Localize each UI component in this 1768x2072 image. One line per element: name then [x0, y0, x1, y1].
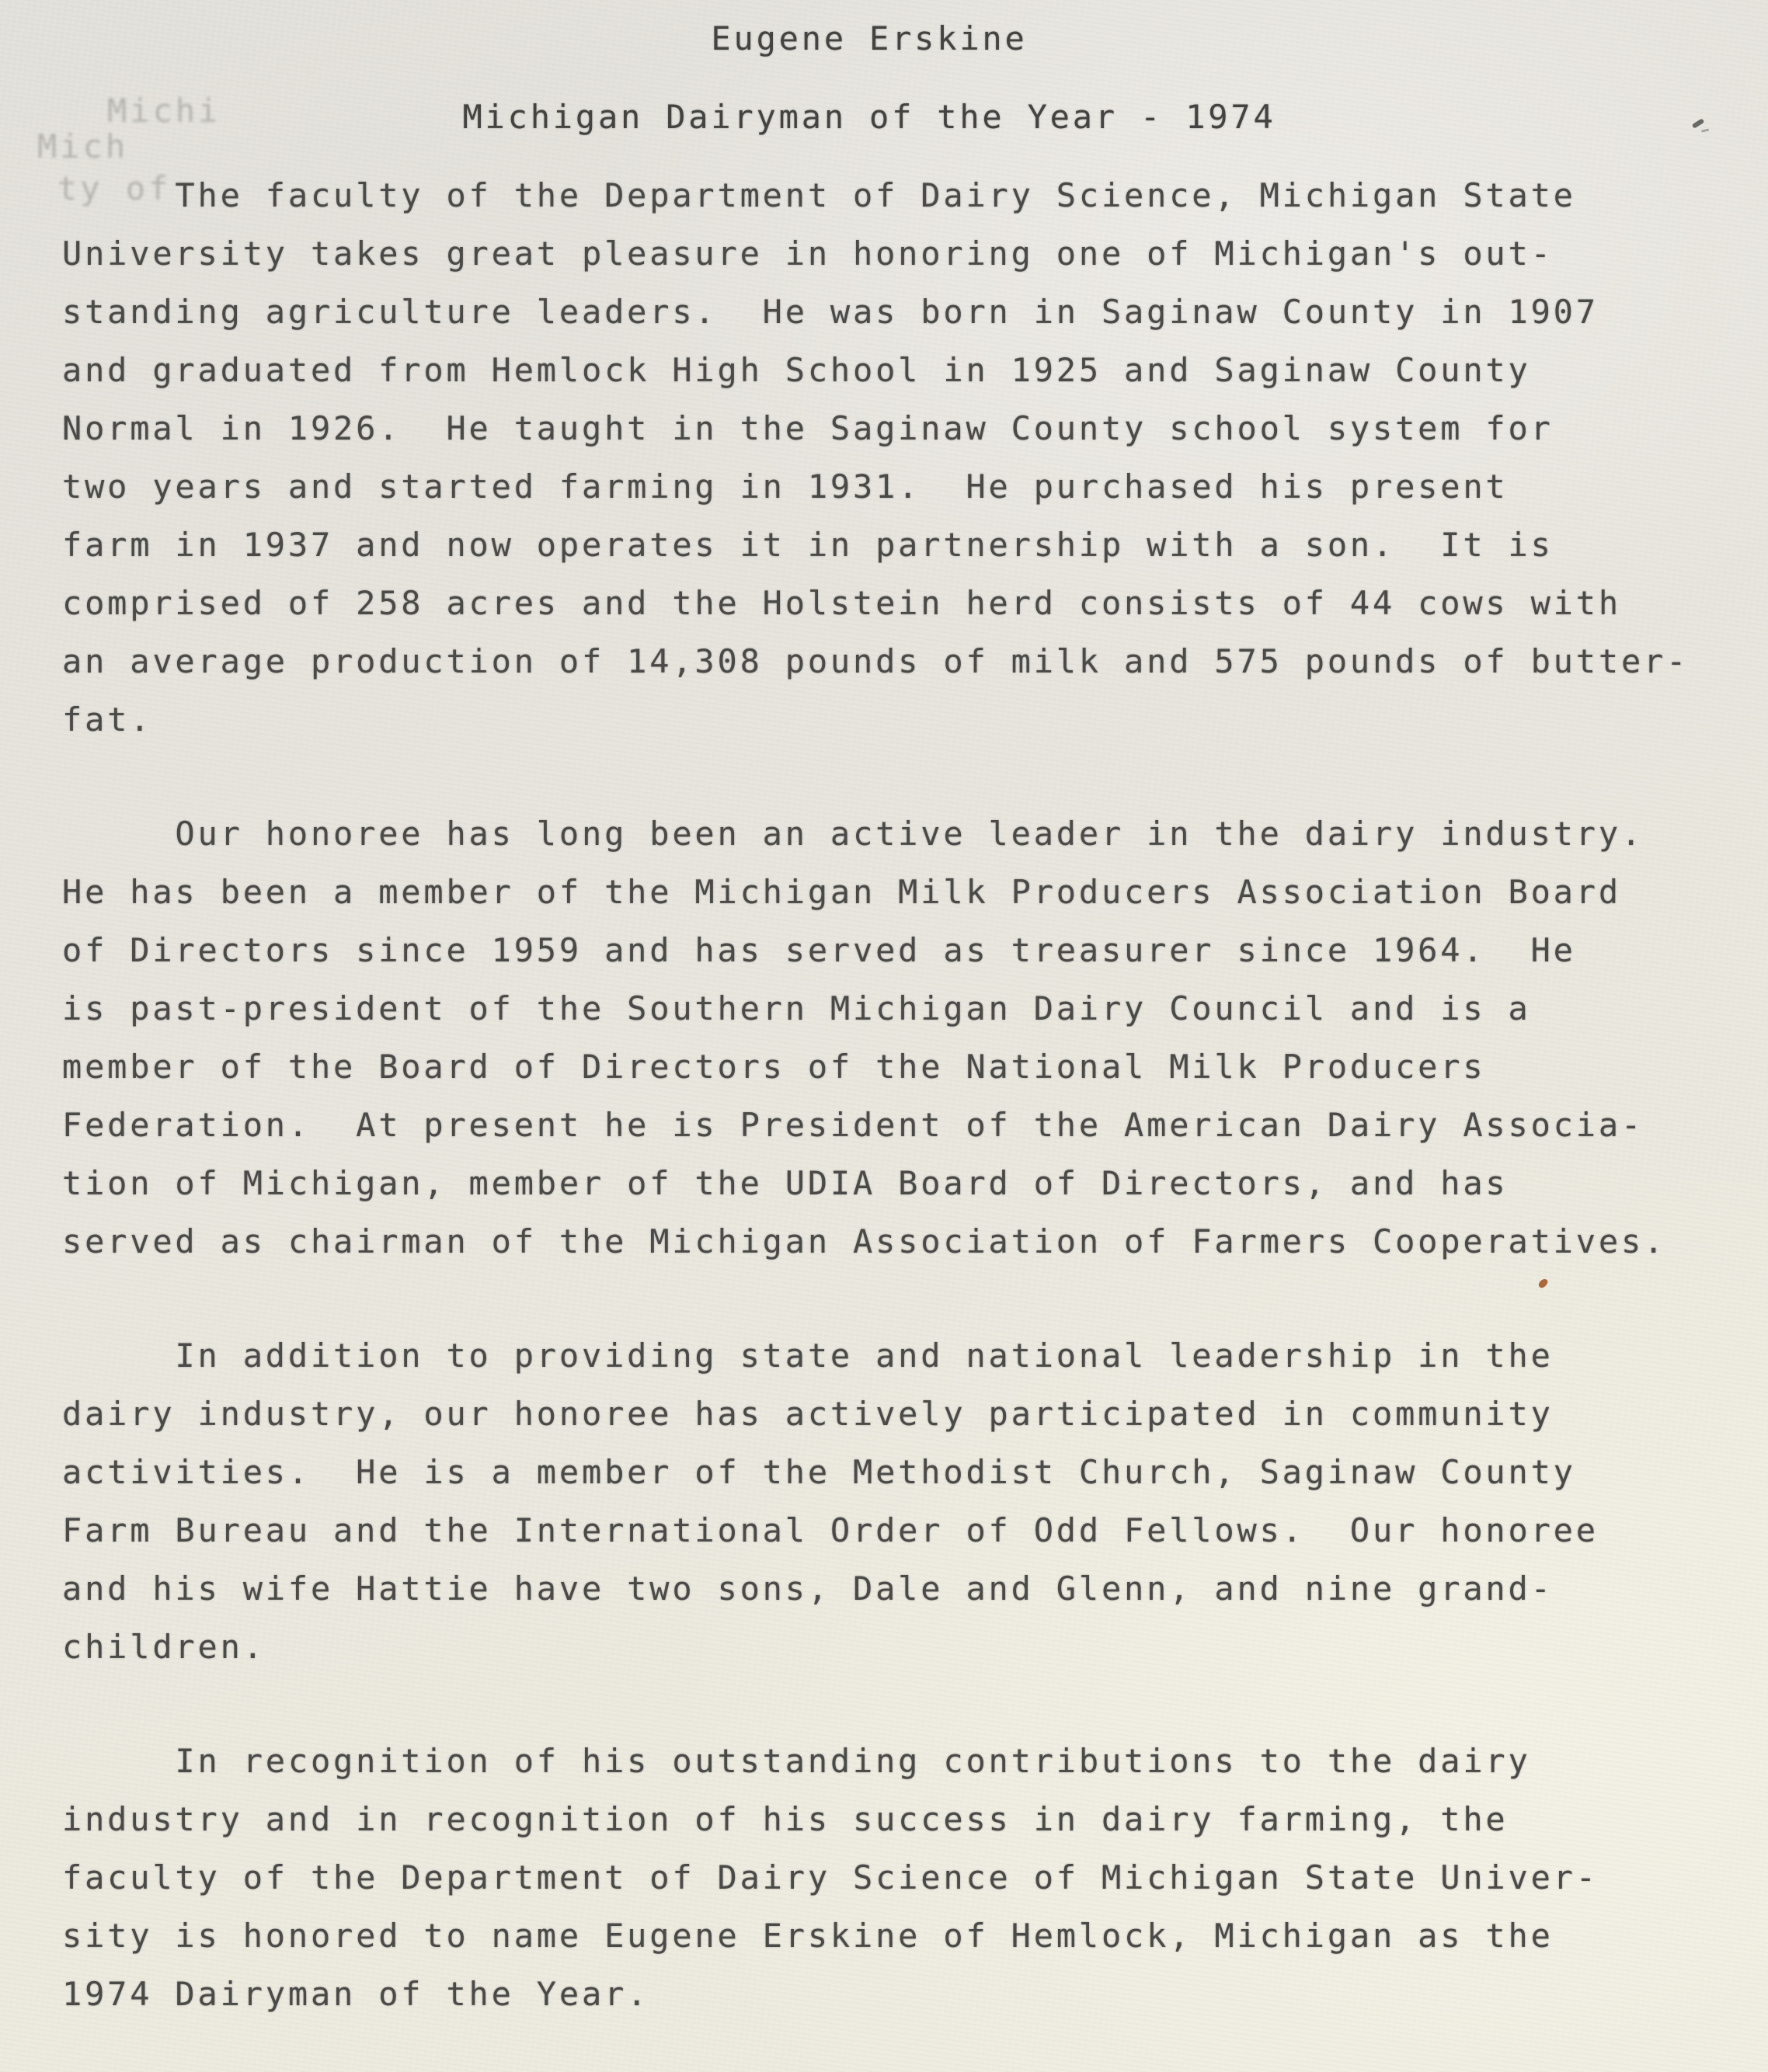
- text-line: comprised of 258 acres and the Holstein …: [62, 574, 1676, 632]
- text-line: and his wife Hattie have two sons, Dale …: [62, 1559, 1676, 1618]
- text-line: two years and started farming in 1931. H…: [62, 457, 1676, 516]
- text-line: tion of Michigan, member of the UDIA Boa…: [62, 1154, 1676, 1212]
- text-line: of Directors since 1959 and has served a…: [62, 921, 1676, 979]
- text-line: is past-president of the Southern Michig…: [62, 979, 1676, 1038]
- text-line: Farm Bureau and the International Order …: [62, 1501, 1676, 1559]
- text-line: served as chairman of the Michigan Assoc…: [62, 1212, 1676, 1271]
- text-line: In addition to providing state and natio…: [62, 1326, 1676, 1385]
- paragraph-2: Our honoree has long been an active lead…: [62, 805, 1676, 1271]
- ink-fleck: [1692, 118, 1705, 129]
- text-line: member of the Board of Directors of the …: [62, 1038, 1676, 1096]
- text-line: The faculty of the Department of Dairy S…: [62, 166, 1676, 224]
- document-subtitle: Michigan Dairyman of the Year - 1974: [62, 88, 1676, 146]
- text-line: farm in 1937 and now operates it in part…: [62, 516, 1676, 574]
- paragraph-1: The faculty of the Department of Dairy S…: [62, 166, 1676, 749]
- document-title: Eugene Erskine: [62, 9, 1676, 68]
- text-line: In recognition of his outstanding contri…: [62, 1732, 1676, 1790]
- text-line: He has been a member of the Michigan Mil…: [62, 863, 1676, 921]
- paragraph-4: In recognition of his outstanding contri…: [62, 1732, 1676, 2023]
- text-line: activities. He is a member of the Method…: [62, 1443, 1676, 1501]
- text-line: Federation. At present he is President o…: [62, 1096, 1676, 1154]
- text-line: standing agriculture leaders. He was bor…: [62, 283, 1676, 341]
- text-line: fat.: [62, 690, 1676, 749]
- text-line: Our honoree has long been an active lead…: [62, 805, 1676, 863]
- paragraph-3: In addition to providing state and natio…: [62, 1326, 1676, 1676]
- text-line: dairy industry, our honoree has actively…: [62, 1385, 1676, 1443]
- text-line: children.: [62, 1618, 1676, 1676]
- document-body: Eugene Erskine Michigan Dairyman of the …: [62, 9, 1676, 2023]
- text-line: sity is honored to name Eugene Erskine o…: [62, 1907, 1676, 1965]
- text-line: industry and in recognition of his succe…: [62, 1790, 1676, 1848]
- text-line: 1974 Dairyman of the Year.: [62, 1965, 1676, 2023]
- text-line: an average production of 14,308 pounds o…: [62, 632, 1676, 690]
- text-line: University takes great pleasure in honor…: [62, 224, 1676, 283]
- text-line: and graduated from Hemlock High School i…: [62, 341, 1676, 399]
- text-line: faculty of the Department of Dairy Scien…: [62, 1848, 1676, 1907]
- scanned-document-page: Michi Mich ty of Eugene Erskine Michigan…: [0, 0, 1768, 2072]
- text-line: Normal in 1926. He taught in the Saginaw…: [62, 399, 1676, 457]
